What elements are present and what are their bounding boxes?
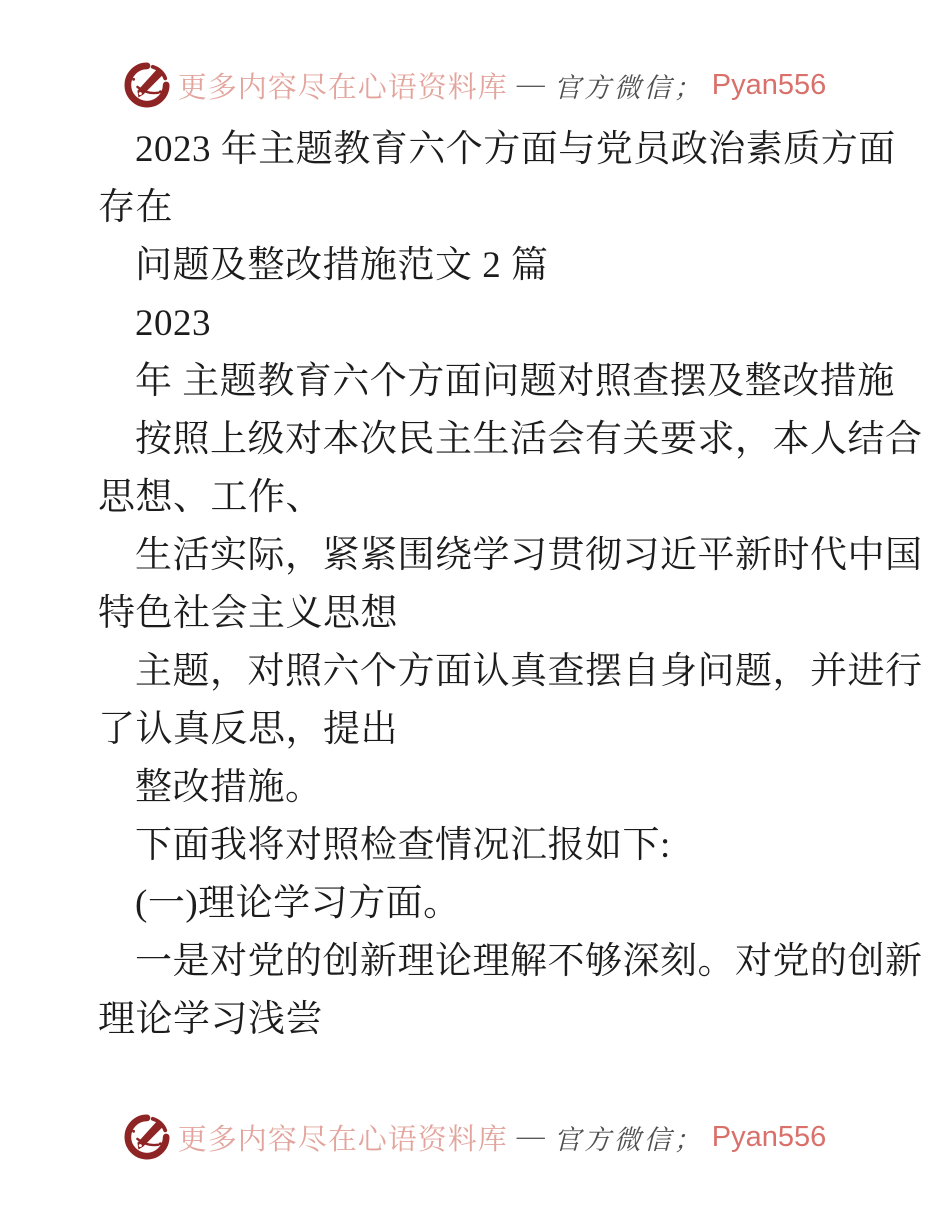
xinyu-logo-icon — [124, 62, 170, 108]
doc-line: 2023 — [98, 295, 855, 353]
doc-line: 整改措施。 — [98, 759, 855, 817]
doc-line: 下面我将对照检查情况汇报如下: — [98, 817, 855, 875]
header-watermark: 更多内容尽在心语资料库—官方微信；Pyan556 — [0, 62, 950, 108]
doc-line: 一是对党的创新理论理解不够深刻。对党的创新 — [98, 933, 855, 991]
doc-line: 了认真反思，提出 — [98, 701, 855, 759]
doc-line: 理论学习浅尝 — [98, 991, 855, 1049]
doc-line: 思想、工作、 — [98, 469, 855, 527]
watermark-site-text: 更多内容尽在心语资料库 — [178, 1117, 508, 1158]
doc-line: 2023 年主题教育六个方面与党员政治素质方面 — [98, 121, 855, 179]
doc-line: 问题及整改措施范文 2 篇 — [98, 237, 855, 295]
doc-line: 按照上级对本次民主生活会有关要求，本人结合 — [98, 411, 855, 469]
watermark-label: 官方微信； — [554, 66, 704, 105]
document-page: 更多内容尽在心语资料库—官方微信；Pyan556 2023 年主题教育六个方面与… — [0, 0, 950, 1230]
footer-watermark: 更多内容尽在心语资料库—官方微信；Pyan556 — [0, 1114, 950, 1160]
watermark-dash: — — [517, 69, 545, 101]
doc-line: 生活实际，紧紧围绕学习贯彻习近平新时代中国 — [98, 527, 855, 585]
watermark-wechat-id: Pyan556 — [712, 1121, 827, 1154]
doc-line: (一)理论学习方面。 — [98, 875, 855, 933]
doc-line: 主题，对照六个方面认真查摆自身问题，并进行 — [98, 643, 855, 701]
doc-line: 存在 — [98, 179, 855, 237]
watermark-site-text: 更多内容尽在心语资料库 — [178, 65, 508, 106]
watermark-dash: — — [517, 1121, 545, 1153]
doc-line: 特色社会主义思想 — [98, 585, 855, 643]
xinyu-logo-icon — [124, 1114, 170, 1160]
document-body: 2023 年主题教育六个方面与党员政治素质方面 存在 问题及整改措施范文 2 篇… — [98, 121, 855, 1049]
doc-line: 年 主题教育六个方面问题对照查摆及整改措施 — [98, 353, 855, 411]
watermark-label: 官方微信； — [554, 1118, 704, 1157]
watermark-wechat-id: Pyan556 — [712, 69, 827, 102]
